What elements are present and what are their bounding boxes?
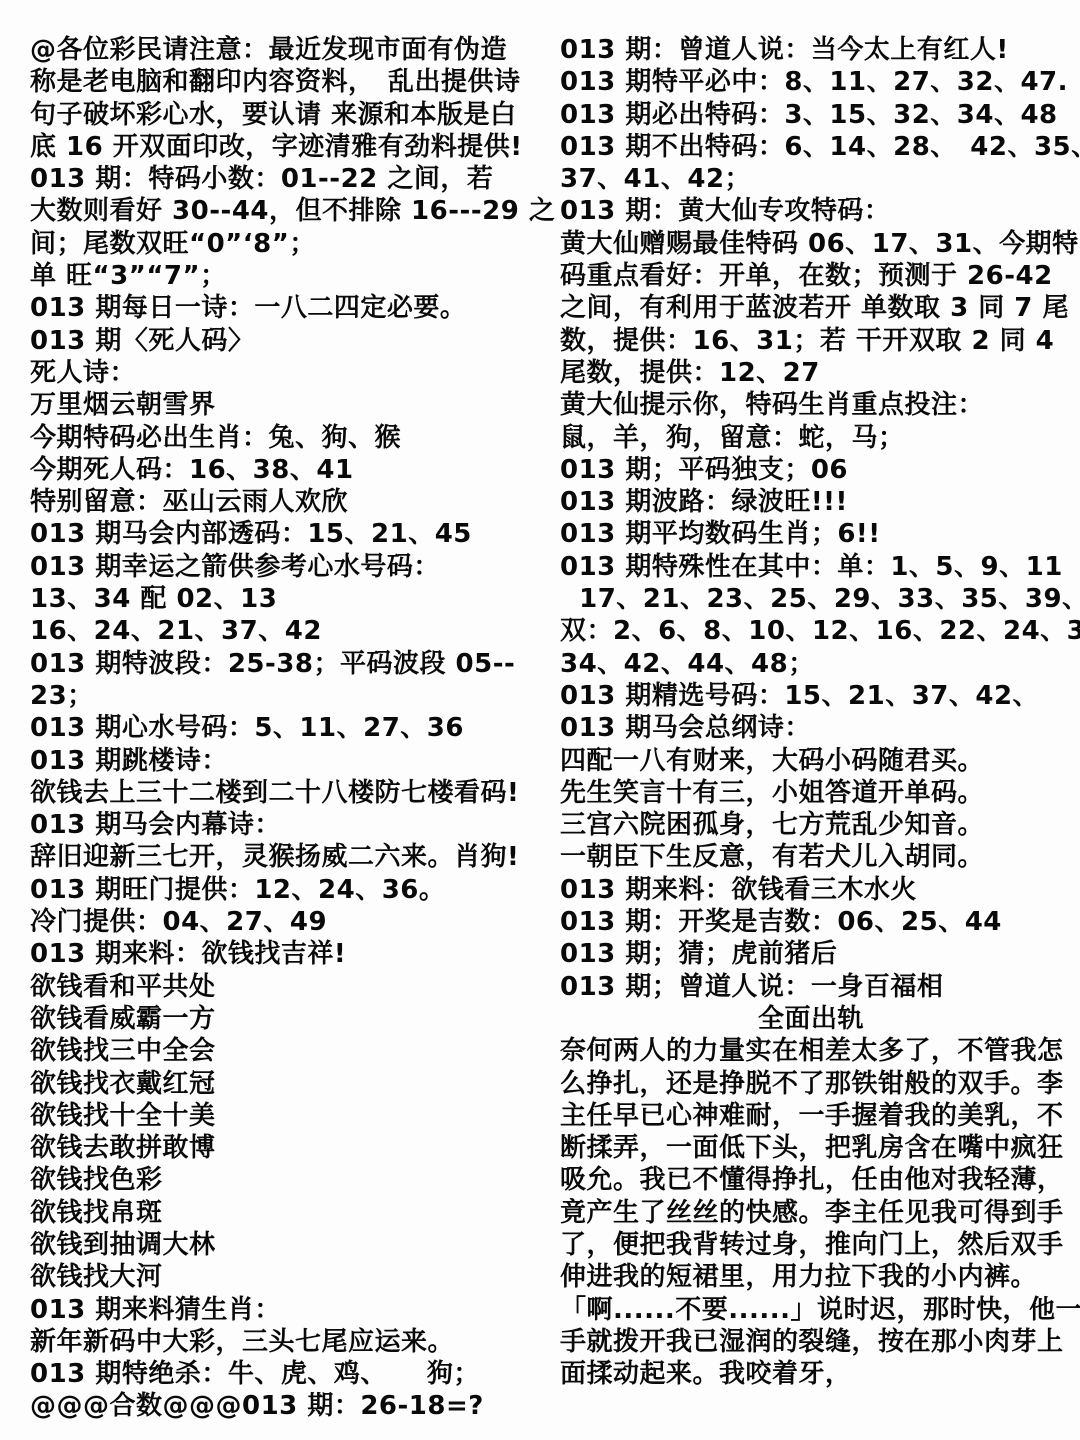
text-line: 013 期来料：欲钱找吉祥! xyxy=(30,938,530,970)
text-line: 013 期每日一诗：一八二四定必要。 xyxy=(30,292,530,324)
text-line: 13、34 配 02、13 xyxy=(30,583,530,615)
text-line: 34、42、44、48； xyxy=(560,648,1062,680)
text-line: 013 期特殊性在其中：单：1、5、9、11 xyxy=(560,551,1062,583)
text-line: 013 期特波段：25-38；平码波段 05-- xyxy=(30,648,530,680)
text-line: 吸允。我已不懂得挣扎，任由他对我轻薄， xyxy=(560,1164,1062,1196)
text-line: 013 期幸运之箭供参考心水号码： xyxy=(30,551,530,583)
text-line: 欲钱找三中全会 xyxy=(30,1035,530,1067)
text-line: 16、24、21、37、42 xyxy=(30,615,530,647)
text-line: 013 期；猜；虎前猪后 xyxy=(560,938,1062,970)
text-line: 「啊......不要......」说时迟，那时快，他一 xyxy=(560,1294,1062,1326)
text-line: 013 期马会内部透码：15、21、45 xyxy=(30,518,530,550)
text-line: 欲钱看和平共处 xyxy=(30,971,530,1003)
text-line: 欲钱找色彩 xyxy=(30,1164,530,1196)
text-line: 奈何两人的力量实在相差太多了，不管我怎 xyxy=(560,1035,1062,1067)
right-column: 013 期：曾道人说：当今太上有红人!013 期特平必中：8、11、27、32、… xyxy=(560,34,1062,1390)
text-line: 黄大仙提示你，特码生肖重点投注： xyxy=(560,389,1062,421)
text-line: 先生笑言十有三，小姐答道开单码。 xyxy=(560,777,1062,809)
text-line: 013 期〈死人码〉 xyxy=(30,325,530,357)
text-line: 013 期波路：绿波旺!!! xyxy=(560,486,1062,518)
text-line: 013 期不出特码：6、14、28、 42、35、 xyxy=(560,131,1062,163)
text-line: 黄大仙赠赐最佳特码 06、17、31、今期特 xyxy=(560,228,1062,260)
text-line: 主任早已心神难耐，一手握着我的美乳，不 xyxy=(560,1100,1062,1132)
text-line: 单 旺“3”“7”； xyxy=(30,260,530,292)
text-line: 死人诗： xyxy=(30,357,530,389)
text-line: 今期特码必出生肖：兔、狗、猴 xyxy=(30,422,530,454)
text-line: 欲钱去上三十二楼到二十八楼防七楼看码! xyxy=(30,777,530,809)
text-line: 新年新码中大彩，三头七尾应运来。 xyxy=(30,1326,530,1358)
text-line: 伸进我的短裙里，用力拉下我的小内裤。 xyxy=(560,1261,1062,1293)
text-line: 万里烟云朝雪界 xyxy=(30,389,530,421)
text-line: 013 期必出特码：3、15、32、34、48 xyxy=(560,99,1062,131)
text-line: 17、21、23、25、29、33、35、39、47； xyxy=(560,583,1062,615)
text-line: 013 期；平码独支；06 xyxy=(560,454,1062,486)
text-line: 面揉动起来。我咬着牙， xyxy=(560,1358,1062,1390)
text-line: 一朝臣下生反意，有若犬儿入胡同。 xyxy=(560,841,1062,873)
text-line: 欲钱去敢拼敢博 xyxy=(30,1132,530,1164)
text-line: 底 16 开双面印改，字迹清雅有劲料提供! xyxy=(30,131,530,163)
text-line: 23； xyxy=(30,680,530,712)
text-line: 欲钱找衣戴红冠 xyxy=(30,1068,530,1100)
text-line: 欲钱看威霸一方 xyxy=(30,1003,530,1035)
page: @各位彩民请注意：最近发现市面有伪造称是老电脑和翻印内容资料， 乱出提供诗句子破… xyxy=(0,0,1080,1440)
text-line: 013 期来料猜生肖： xyxy=(30,1294,530,1326)
text-line: 013 期心水号码：5、11、27、36 xyxy=(30,712,530,744)
text-line: @各位彩民请注意：最近发现市面有伪造 xyxy=(30,34,530,66)
text-line: 013 期平均数码生肖；6!! xyxy=(560,518,1062,550)
text-line: @@@合数@@@013 期：26-18=? xyxy=(30,1390,530,1422)
text-line: 特别留意：巫山云雨人欢欣 xyxy=(30,486,530,518)
text-line: 手就拨开我已湿润的裂缝，按在那小肉芽上 xyxy=(560,1326,1062,1358)
text-line: 013 期来料：欲钱看三木水火 xyxy=(560,874,1062,906)
text-line: 欲钱到抽调大林 xyxy=(30,1229,530,1261)
text-line: 四配一八有财来，大码小码随君买。 xyxy=(560,745,1062,777)
text-line: 称是老电脑和翻印内容资料， 乱出提供诗 xyxy=(30,66,530,98)
text-line: 间；尾数双旺“0”‘8”； xyxy=(30,228,530,260)
text-line: 欲钱找十全十美 xyxy=(30,1100,530,1132)
text-line: 大数则看好 30--44，但不排除 16---29 之 xyxy=(30,195,530,227)
text-line: 37、41、42； xyxy=(560,163,1062,195)
text-line: 013 期：特码小数：01--22 之间，若 xyxy=(30,163,530,195)
text-line: 013 期特平必中：8、11、27、32、47. xyxy=(560,66,1062,98)
left-column: @各位彩民请注意：最近发现市面有伪造称是老电脑和翻印内容资料， 乱出提供诗句子破… xyxy=(30,34,530,1423)
text-line: 013 期；曾道人说：一身百福相 xyxy=(560,971,1062,1003)
text-line: 三宫六院困孤身，七方荒乱少知音。 xyxy=(560,809,1062,841)
text-line: 013 期马会总纲诗： xyxy=(560,712,1062,744)
text-line: 了，便把我背转过身，推向门上，然后双手 xyxy=(560,1229,1062,1261)
text-line: 竟产生了丝丝的快感。李主任见我可得到手 xyxy=(560,1197,1062,1229)
text-line: 么挣扎，还是挣脱不了那铁钳般的双手。李 xyxy=(560,1068,1062,1100)
text-line: 码重点看好：开单，在数；预测于 26-42 xyxy=(560,260,1062,292)
text-line: 013 期：开奖是吉数：06、25、44 xyxy=(560,906,1062,938)
text-line: 今期死人码：16、38、41 xyxy=(30,454,530,486)
text-line: 013 期精选号码：15、21、37、42、 xyxy=(560,680,1062,712)
text-line: 013 期：曾道人说：当今太上有红人! xyxy=(560,34,1062,66)
text-line: 辞旧迎新三七开，灵猴扬威二六来。肖狗! xyxy=(30,841,530,873)
text-line: 双：2、6、8、10、12、16、22、24、32 xyxy=(560,615,1062,647)
text-line: 013 期特绝杀：牛、虎、鸡、 狗； xyxy=(30,1358,530,1390)
text-line: 013 期马会内幕诗： xyxy=(30,809,530,841)
text-line: 冷门提供：04、27、49 xyxy=(30,906,530,938)
text-line: 欲钱找大河 xyxy=(30,1261,530,1293)
text-line: 鼠，羊，狗，留意：蛇，马； xyxy=(560,422,1062,454)
text-line: 欲钱找帛斑 xyxy=(30,1197,530,1229)
text-line: 013 期：黄大仙专攻特码： xyxy=(560,195,1062,227)
text-line: 013 期旺门提供：12、24、36。 xyxy=(30,874,530,906)
section-heading: 全面出轨 xyxy=(560,1003,1062,1035)
text-line: 断揉弄，一面低下头，把乳房含在嘴中疯狂 xyxy=(560,1132,1062,1164)
text-line: 013 期跳楼诗： xyxy=(30,745,530,777)
text-line: 句子破坏彩心水，要认请 来源和本版是白 xyxy=(30,99,530,131)
text-line: 尾数，提供：12、27 xyxy=(560,357,1062,389)
text-line: 之间，有利用于蓝波若开 单数取 3 同 7 尾 xyxy=(560,292,1062,324)
text-line: 数，提供：16、31；若 干开双取 2 同 4 xyxy=(560,325,1062,357)
